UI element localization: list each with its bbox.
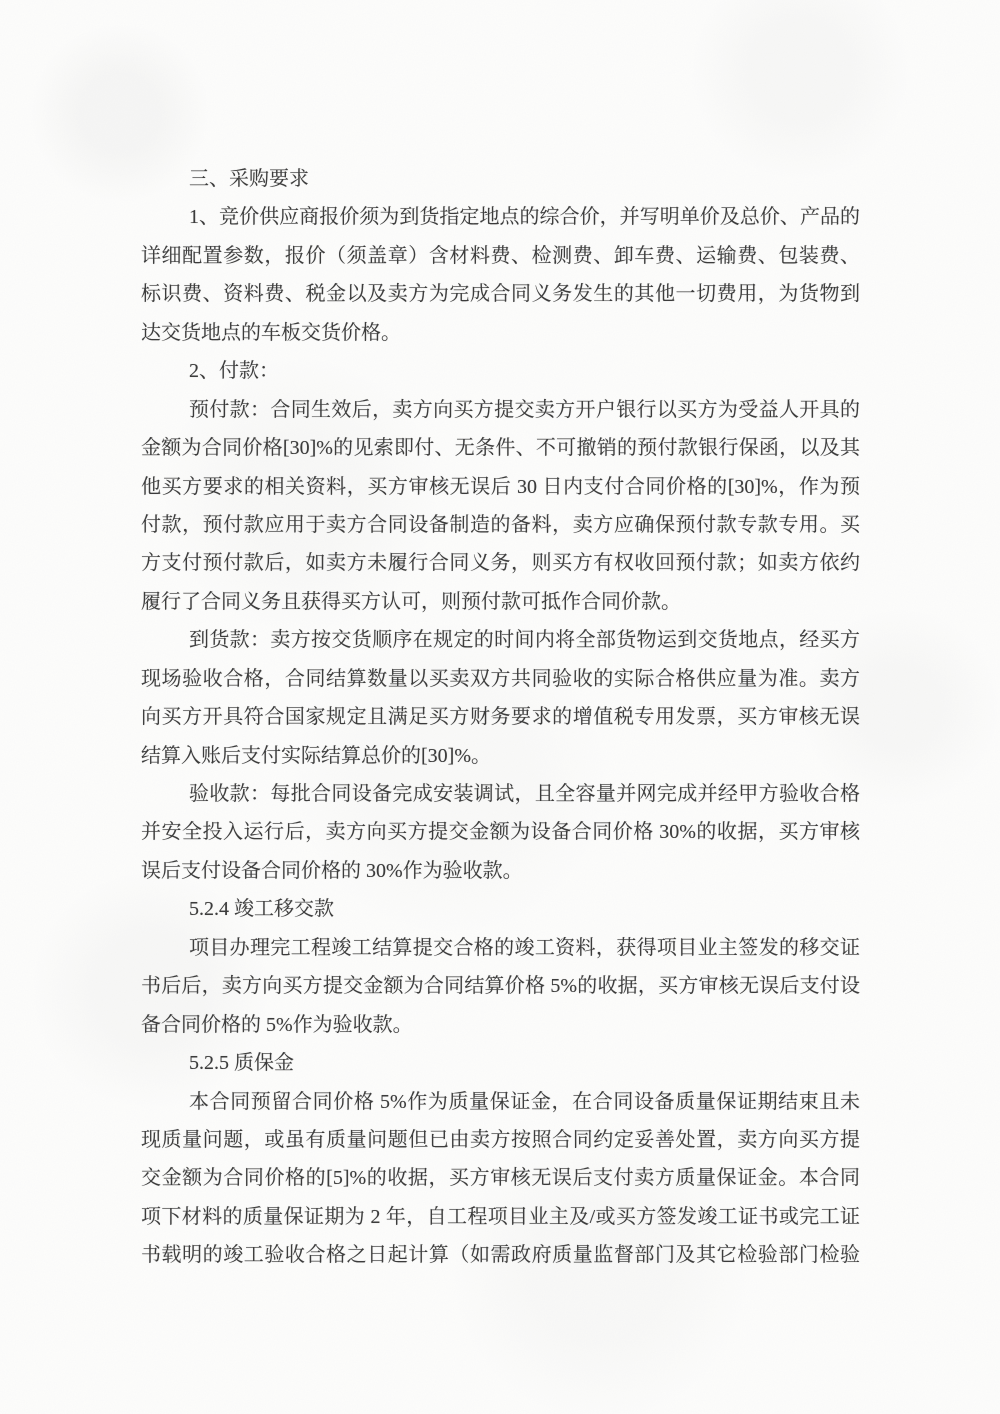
text-line: 现质量问题，或虽有质量问题但已由卖方按照合同约定妥善处置，卖方向买方提 bbox=[141, 1121, 860, 1159]
text-line: 1、竞价供应商报价须为到货指定地点的综合价，并写明单价及总价、产品的 bbox=[141, 198, 860, 236]
text-line: 标识费、资料费、税金以及卖方为完成合同义务发生的其他一切费用，为货物到 bbox=[141, 275, 860, 313]
text-line: 并安全投入运行后，卖方向买方提交金额为设备合同价格 30%的收据，买方审核无 bbox=[141, 813, 860, 851]
heading-paragraph: 2、付款： bbox=[141, 352, 860, 390]
text-line: 履行了合同义务且获得买方认可，则预付款可抵作合同价款。 bbox=[141, 583, 860, 621]
body-paragraph: 1、竞价供应商报价须为到货指定地点的综合价，并写明单价及总价、产品的详细配置参数… bbox=[141, 198, 860, 352]
heading-paragraph: 5.2.5 质保金 bbox=[141, 1044, 860, 1082]
heading-paragraph: 5.2.4 竣工移交款 bbox=[141, 890, 860, 928]
text-line: 他买方要求的相关资料，买方审核无误后 30 日内支付合同价格的[30]%，作为预 bbox=[141, 468, 860, 506]
text-line: 项目办理完工程竣工结算提交合格的竣工资料，获得项目业主签发的移交证 bbox=[141, 929, 860, 967]
body-paragraph: 验收款：每批合同设备完成安装调试，且全容量并网完成并经甲方验收合格并安全投入运行… bbox=[141, 775, 860, 890]
document-page: 三、采购要求1、竞价供应商报价须为到货指定地点的综合价，并写明单价及总价、产品的… bbox=[0, 0, 1000, 1414]
text-line: 本合同预留合同价格 5%作为质量保证金，在合同设备质量保证期结束且未出 bbox=[141, 1083, 860, 1121]
text-line: 详细配置参数，报价（须盖章）含材料费、检测费、卸车费、运输费、包装费、 bbox=[141, 237, 860, 275]
text-line: 2、付款： bbox=[141, 352, 860, 390]
heading-paragraph: 三、采购要求 bbox=[141, 160, 860, 198]
text-line: 误后支付设备合同价格的 30%作为验收款。 bbox=[141, 852, 860, 890]
text-line: 向买方开具符合国家规定且满足买方财务要求的增值税专用发票，买方审核无误 bbox=[141, 698, 860, 736]
text-line: 金额为合同价格[30]%的见索即付、无条件、不可撤销的预付款银行保函，以及其 bbox=[141, 429, 860, 467]
text-line: 书载明的竣工验收合格之日起计算（如需政府质量监督部门及其它检验部门检验 bbox=[141, 1236, 860, 1274]
body-paragraph: 预付款：合同生效后，卖方向买方提交卖方开户银行以买方为受益人开具的金额为合同价格… bbox=[141, 391, 860, 622]
text-line: 交金额为合同价格的[5]%的收据，买方审核无误后支付卖方质量保证金。本合同 bbox=[141, 1159, 860, 1197]
body-paragraph: 项目办理完工程竣工结算提交合格的竣工资料，获得项目业主签发的移交证书后后，卖方向… bbox=[141, 929, 860, 1044]
text-line: 项下材料的质量保证期为 2 年，自工程项目业主及/或买方签发竣工证书或完工证 bbox=[141, 1198, 860, 1236]
text-line: 方支付预付款后，如卖方未履行合同义务，则买方有权收回预付款；如卖方依约 bbox=[141, 544, 860, 582]
text-line: 达交货地点的车板交货价格。 bbox=[141, 314, 860, 352]
text-line: 现场验收合格，合同结算数量以买卖双方共同验收的实际合格供应量为准。卖方 bbox=[141, 660, 860, 698]
text-line: 结算入账后支付实际结算总价的[30]%。 bbox=[141, 737, 860, 775]
body-paragraph: 本合同预留合同价格 5%作为质量保证金，在合同设备质量保证期结束且未出现质量问题… bbox=[141, 1083, 860, 1275]
text-line: 付款，预付款应用于卖方合同设备制造的备料，卖方应确保预付款专款专用。买 bbox=[141, 506, 860, 544]
text-line: 预付款：合同生效后，卖方向买方提交卖方开户银行以买方为受益人开具的 bbox=[141, 391, 860, 429]
text-line: 书后后，卖方向买方提交金额为合同结算价格 5%的收据，买方审核无误后支付设 bbox=[141, 967, 860, 1005]
text-line: 到货款：卖方按交货顺序在规定的时间内将全部货物运到交货地点，经买方 bbox=[141, 621, 860, 659]
text-line: 验收款：每批合同设备完成安装调试，且全容量并网完成并经甲方验收合格 bbox=[141, 775, 860, 813]
body-paragraph: 到货款：卖方按交货顺序在规定的时间内将全部货物运到交货地点，经买方现场验收合格，… bbox=[141, 621, 860, 775]
text-line: 5.2.4 竣工移交款 bbox=[141, 890, 860, 928]
text-line: 三、采购要求 bbox=[141, 160, 860, 198]
document-body: 三、采购要求1、竞价供应商报价须为到货指定地点的综合价，并写明单价及总价、产品的… bbox=[141, 160, 860, 1275]
text-line: 5.2.5 质保金 bbox=[141, 1044, 860, 1082]
text-line: 备合同价格的 5%作为验收款。 bbox=[141, 1006, 860, 1044]
